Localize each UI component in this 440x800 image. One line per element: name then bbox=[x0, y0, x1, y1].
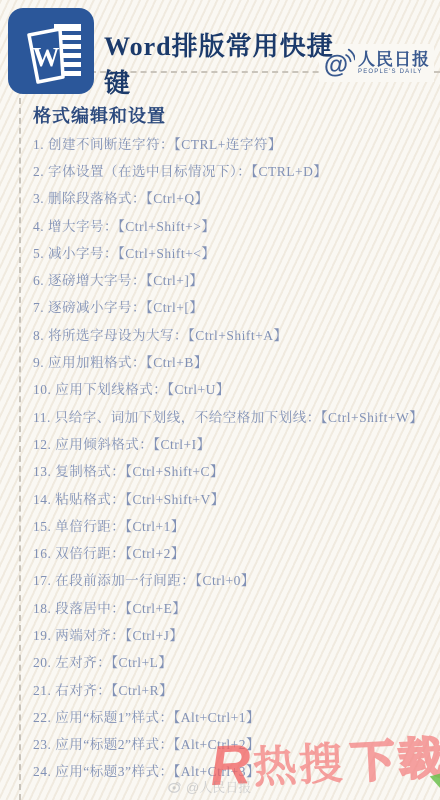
list-item: 15. 单倍行距：【Ctrl+1】 bbox=[33, 511, 436, 538]
list-item: 14. 粘贴格式：【Ctrl+Shift+V】 bbox=[33, 484, 436, 511]
word-logo-graphic: W bbox=[8, 8, 94, 94]
list-item: 18. 段落居中：【Ctrl+E】 bbox=[33, 593, 436, 620]
logo-subtitle: PEOPLE'S DAILY bbox=[358, 69, 430, 76]
list-item: 20. 左对齐：【Ctrl+L】 bbox=[33, 648, 436, 675]
list-item: 10. 应用下划线格式：【Ctrl+U】 bbox=[33, 375, 436, 402]
logo-text: 人民日报 PEOPLE'S DAILY bbox=[358, 51, 430, 76]
list-item: 19. 两端对齐：【Ctrl+J】 bbox=[33, 620, 436, 647]
list-item: 4. 增大字号：【Ctrl+Shift+>】 bbox=[33, 211, 436, 238]
logo-name: 人民日报 bbox=[358, 51, 430, 69]
list-item: 21. 右对齐：【Ctrl+R】 bbox=[33, 675, 436, 702]
list-item: 5. 减小字号：【Ctrl+Shift+<】 bbox=[33, 238, 436, 265]
list-item: 2. 字体设置（在选中目标情况下）：【CTRL+D】 bbox=[33, 156, 436, 183]
page-title: Word排版常用快捷键 bbox=[104, 26, 354, 100]
list-item: 8. 将所选字母设为大写：【Ctrl+Shift+A】 bbox=[33, 320, 436, 347]
svg-text:W: W bbox=[33, 42, 60, 72]
section-title: 格式编辑和设置 bbox=[33, 102, 166, 128]
list-item: 7. 逐磅减小字号：【Ctrl+[】 bbox=[33, 293, 436, 320]
list-item: 22. 应用“标题1”样式：【Alt+Ctrl+1】 bbox=[33, 702, 436, 729]
left-dashed-border bbox=[19, 88, 21, 800]
list-item: 9. 应用加粗格式：【Ctrl+B】 bbox=[33, 347, 436, 374]
list-item: 23. 应用“标题2”样式：【Alt+Ctrl+2】 bbox=[33, 730, 436, 757]
list-item: 6. 逐磅增大字号：【Ctrl+]】 bbox=[33, 265, 436, 292]
word-logo-icon: W bbox=[8, 8, 94, 94]
list-item: 16. 双倍行距：【Ctrl+2】 bbox=[33, 538, 436, 565]
list-item: 1. 创建不间断连字符：【CTRL+连字符】 bbox=[33, 129, 436, 156]
list-item: 24. 应用“标题3”样式：【Alt+Ctrl+3】 bbox=[33, 757, 436, 784]
list-item: 13. 复制格式：【Ctrl+Shift+C】 bbox=[33, 457, 436, 484]
list-item: 11. 只给字、词加下划线，不给空格加下划线：【Ctrl+Shift+W】 bbox=[33, 402, 436, 429]
list-item: 3. 删除段落格式：【Ctrl+Q】 bbox=[33, 184, 436, 211]
list-item: 17. 在段前添加一行间距：【Ctrl+0】 bbox=[33, 566, 436, 593]
shortcut-list: 1. 创建不间断连字符：【CTRL+连字符】 2. 字体设置（在选中目标情况下）… bbox=[33, 129, 436, 784]
list-item: 12. 应用倾斜格式：【Ctrl+I】 bbox=[33, 429, 436, 456]
